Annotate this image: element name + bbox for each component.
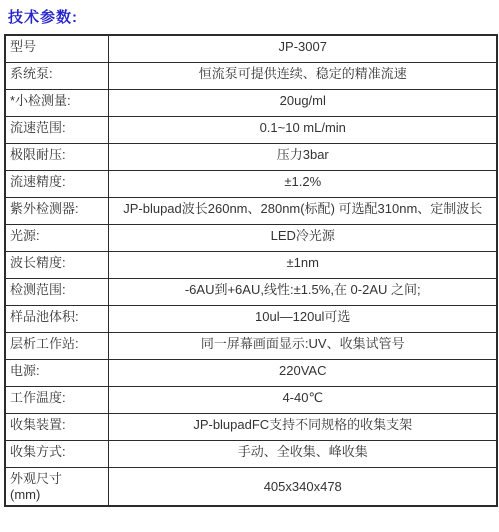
param-value-cell: JP-blupadFC支持不同规格的收集支架 [108,414,497,441]
table-row: 收集装置:JP-blupadFC支持不同规格的收集支架 [5,414,497,441]
table-row: 层析工作站:同一屏幕画面显示:UV、收集试管号 [5,333,497,360]
param-value-cell: 手动、全收集、峰收集 [108,441,497,468]
param-value-cell: 220VAC [108,360,497,387]
table-row: 紫外检测器:JP-blupad波长260nm、280nm(标配) 可选配310n… [5,198,497,225]
param-label-cell: 波长精度: [5,252,108,279]
table-row: 光源:LED冷光源 [5,225,497,252]
param-label-cell: 流速精度: [5,171,108,198]
table-row: 型号JP-3007 [5,35,497,63]
param-label-cell: 极限耐压: [5,144,108,171]
param-label-cell: 光源: [5,225,108,252]
table-row: 外观尺寸 (mm)405x340x478 [5,468,497,507]
param-value-cell: ±1nm [108,252,497,279]
param-label-cell: 收集装置: [5,414,108,441]
param-value-cell: 0.1~10 mL/min [108,117,497,144]
table-row: 极限耐压:压力3bar [5,144,497,171]
param-label-cell: 电源: [5,360,108,387]
param-label-cell: 流速范围: [5,117,108,144]
table-row: 检测范围:-6AU到+6AU,线性:±1.5%,在 0-2AU 之间; [5,279,497,306]
param-value-cell: 恒流泵可提供连续、稳定的精准流速 [108,63,497,90]
table-row: 流速精度:±1.2% [5,171,497,198]
param-value-cell: JP-3007 [108,35,497,63]
param-value-cell: 405x340x478 [108,468,497,507]
param-label-cell: 外观尺寸 (mm) [5,468,108,507]
param-label-cell: 系统泵: [5,63,108,90]
table-row: 电源:220VAC [5,360,497,387]
spec-table-body: 型号JP-3007系统泵:恒流泵可提供连续、稳定的精准流速*小检测量:20ug/… [5,35,497,506]
table-row: *小检测量:20ug/ml [5,90,497,117]
param-label-cell: 工作温度: [5,387,108,414]
param-label-cell: 型号 [5,35,108,63]
param-value-cell: ±1.2% [108,171,497,198]
param-value-cell: 10ul—120ul可选 [108,306,497,333]
param-value-cell: 20ug/ml [108,90,497,117]
param-value-cell: 同一屏幕画面显示:UV、收集试管号 [108,333,497,360]
spec-table: 型号JP-3007系统泵:恒流泵可提供连续、稳定的精准流速*小检测量:20ug/… [4,34,498,507]
param-value-cell: 压力3bar [108,144,497,171]
param-label-cell: 收集方式: [5,441,108,468]
param-value-cell: LED冷光源 [108,225,497,252]
table-row: 样品池体积:10ul—120ul可选 [5,306,497,333]
param-label-cell: 检测范围: [5,279,108,306]
param-value-cell: -6AU到+6AU,线性:±1.5%,在 0-2AU 之间; [108,279,497,306]
table-row: 系统泵:恒流泵可提供连续、稳定的精准流速 [5,63,497,90]
param-value-cell: JP-blupad波长260nm、280nm(标配) 可选配310nm、定制波长 [108,198,497,225]
param-label-cell: 样品池体积: [5,306,108,333]
table-row: 波长精度:±1nm [5,252,497,279]
param-label-cell: 紫外检测器: [5,198,108,225]
table-row: 收集方式:手动、全收集、峰收集 [5,441,497,468]
param-label-cell: *小检测量: [5,90,108,117]
param-value-cell: 4-40℃ [108,387,497,414]
table-row: 工作温度:4-40℃ [5,387,497,414]
page-title: 技术参数: [8,6,499,27]
table-row: 流速范围:0.1~10 mL/min [5,117,497,144]
param-label-cell: 层析工作站: [5,333,108,360]
